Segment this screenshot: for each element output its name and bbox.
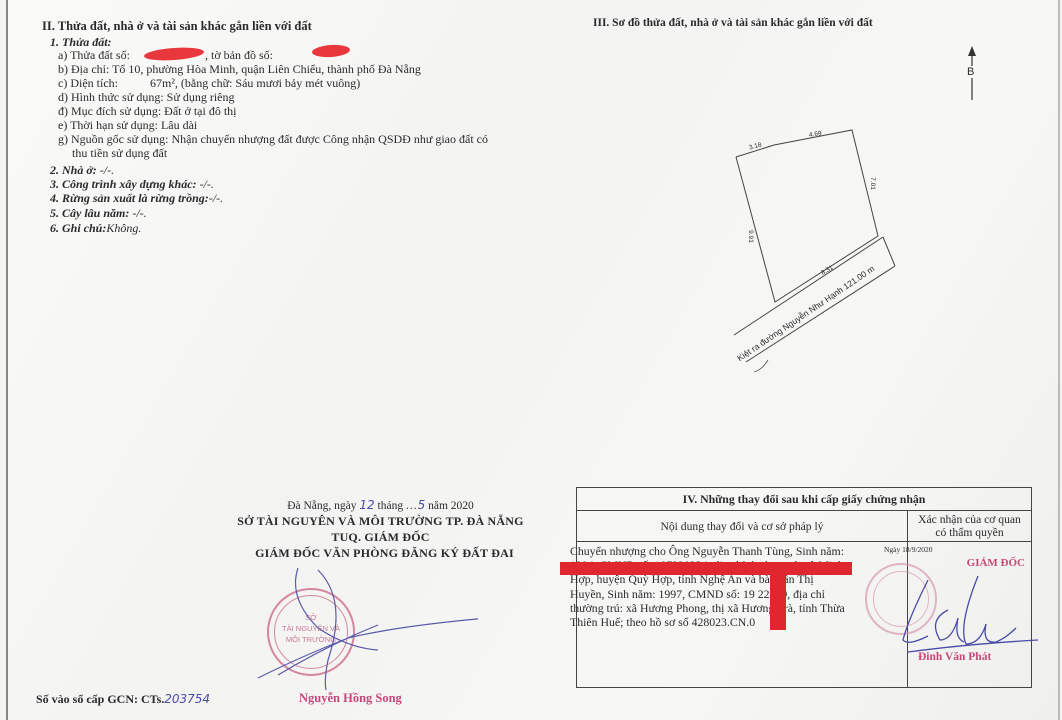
confirm-title: GIÁM ĐỐC	[967, 557, 1025, 569]
edge-length: 9.91	[747, 230, 754, 243]
col-content-header: Nội dung thay đổi và cơ sở pháp lý	[577, 511, 908, 542]
section-4-title: IV. Những thay đổi sau khi cấp giấy chứn…	[577, 488, 1032, 511]
parcel-diagram	[8, 0, 1058, 470]
certificate-page: II. Thửa đất, nhà ở và tài sản khác gắn …	[6, 0, 1060, 720]
edge-length: 7.01	[869, 177, 876, 190]
redaction-bar	[770, 570, 786, 630]
day-handwritten: 12	[359, 498, 374, 512]
place-date: Đà Nẵng, ngày 12 tháng ...5 năm 2020	[208, 498, 553, 512]
signer-name: Nguyễn Hồng Song	[299, 691, 402, 706]
issuing-org: SỞ TÀI NGUYÊN VÀ MÔI TRƯỜNG TP. ĐÀ NẴNG	[208, 514, 553, 529]
signer-position: GIÁM ĐỐC VĂN PHÒNG ĐĂNG KÝ ĐẤT ĐAI	[212, 546, 557, 561]
north-label: B	[967, 66, 974, 78]
month-handwritten: 5	[418, 498, 426, 512]
registration-number: Số vào sổ cấp GCN: CTs.203754	[36, 692, 210, 707]
tuq-title: TUQ. GIÁM ĐỐC	[208, 530, 553, 545]
confirm-date: Ngày 18/9/2020	[884, 545, 933, 554]
redaction-bar	[560, 562, 852, 575]
confirmation-signature	[888, 570, 1038, 660]
handwritten-signature	[238, 560, 478, 700]
col-confirm-header: Xác nhận của cơ quan có thẩm quyền	[908, 511, 1032, 542]
